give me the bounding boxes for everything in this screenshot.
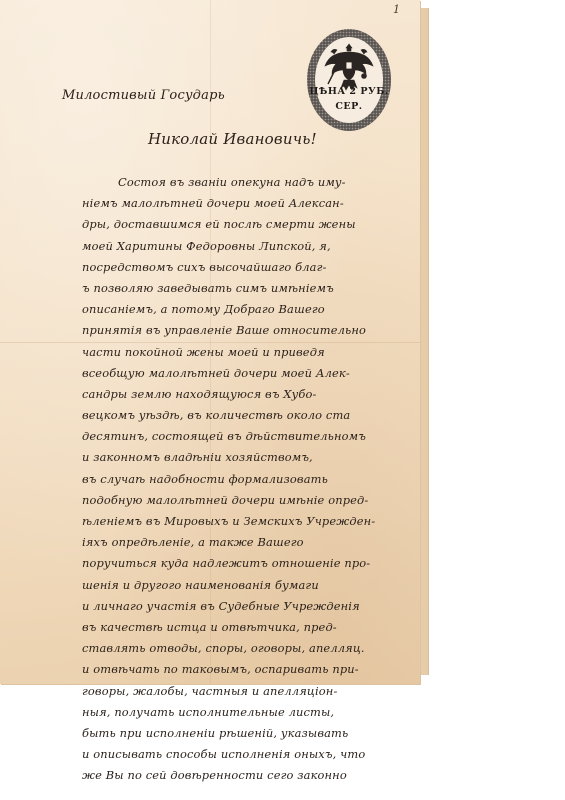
body-line: ъ позволяю заведывать симъ имѣніемъ (82, 278, 418, 299)
body-line: же Вы по сей довѣренности сего законно (82, 765, 418, 786)
body-line: моей Харитины Федоровны Липской, я, (82, 236, 418, 257)
addressee-name: Николай Ивановичь! (148, 130, 317, 148)
page-number: 1 (393, 3, 400, 16)
body-line: ныя, получать исполнительные листы, (82, 702, 418, 723)
body-line: и отвѣчать по таковымъ, оспаривать при- (82, 659, 418, 680)
body-line: шенія и другого наименованія бумаги (82, 575, 418, 596)
body-line: вецкомъ уѣздѣ, въ количествѣ около ста (82, 405, 418, 426)
body-line: и личнаго участія въ Судебные Учрежденія (82, 596, 418, 617)
body-line: поручиться куда надлежитъ отношеніе про- (82, 553, 418, 574)
body-line: Состоя въ званіи опекуна надъ иму- (82, 172, 418, 193)
body-line: ставлять отводы, споры, оговоры, апелляц… (82, 638, 418, 659)
body-line: принятія въ управленіе Ваше относительно (82, 320, 418, 341)
body-line: посредствомъ сихъ высочайшаго благ- (82, 257, 418, 278)
body-line: десятинъ, состоящей въ дѣйствительномъ (82, 426, 418, 447)
scan-canvas: 1 (0, 0, 565, 800)
body-line: говоры, жалобы, частныя и апелляціон- (82, 681, 418, 702)
body-line: и законномъ владѣніи хозяйствомъ, (82, 447, 418, 468)
body-line: сандры землю находящуюся въ Хубо- (82, 384, 418, 405)
body-line: въ качествѣ истца и отвѣтчика, пред- (82, 617, 418, 638)
body-line: ѣленіемъ въ Мировыхъ и Земскихъ Учрежден… (82, 511, 418, 532)
body-line: и описывать способы исполненія оныхъ, чт… (82, 744, 418, 765)
letter-sheet: 1 (0, 0, 420, 684)
stamp-frame-icon (306, 28, 392, 132)
stamp-currency-unit: СЕР. (306, 101, 392, 112)
body-line: быть при исполненіи рѣшеній, указывать (82, 723, 418, 744)
revenue-stamp: ЦѢНА 2 РУБ. СЕР. (306, 28, 392, 132)
body-line: всеобщую малолѣтней дочери моей Алек- (82, 363, 418, 384)
salutation: Милостивый Государь (62, 88, 225, 103)
body-line: іяхъ опредѣленіе, а также Вашего (82, 532, 418, 553)
body-line: подобную малолѣтней дочери имѣніе опред- (82, 490, 418, 511)
body-line: ніемъ малолѣтней дочери моей Алексан- (82, 193, 418, 214)
body-line: описаніемъ, а потому Добраго Вашего (82, 299, 418, 320)
body-line: дры, доставшимся ей послѣ смерти жены (82, 214, 418, 235)
letter-body: Состоя въ званіи опекуна надъ иму- ніемъ… (82, 172, 418, 786)
body-line: части покойной жены моей и приведя (82, 342, 418, 363)
stamp-price: ЦѢНА 2 РУБ. (306, 86, 392, 97)
body-line: въ случаѣ надобности формализовать (82, 469, 418, 490)
